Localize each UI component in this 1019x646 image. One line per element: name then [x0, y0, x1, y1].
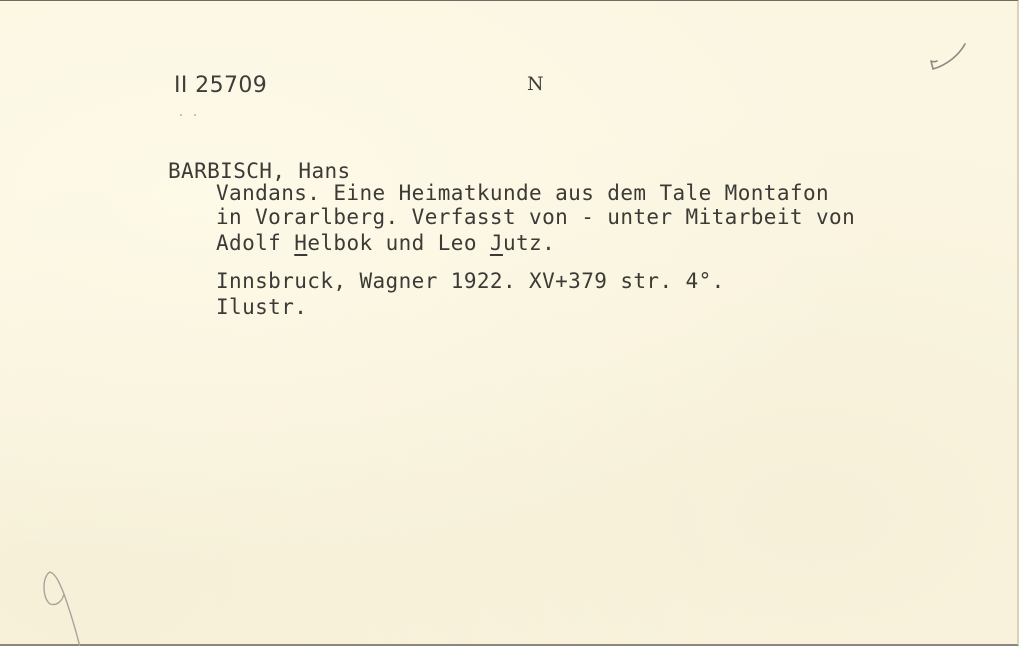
contributor-1-rest: elbok und Leo	[307, 231, 490, 255]
pencil-dots	[180, 114, 200, 117]
contributor-2-initial: J	[490, 231, 503, 255]
author-heading: BARBISCH, Hans	[168, 161, 351, 182]
call-number: II 25709	[174, 75, 267, 97]
contributors-line: Adolf Helbok und Leo Jutz.	[216, 233, 555, 254]
contributor-2-rest: utz.	[503, 231, 555, 255]
contributors-prefix: Adolf	[216, 231, 294, 255]
checkmark-icon	[925, 41, 970, 76]
collection-mark: N	[527, 75, 544, 94]
handwritten-nine-icon	[40, 566, 90, 646]
notes-line: Ilustr.	[216, 297, 307, 318]
contributor-1-initial: H	[294, 231, 307, 255]
title-line-2: in Vorarlberg. Verfasst von - unter Mita…	[216, 207, 855, 228]
imprint-line: Innsbruck, Wagner 1922. XV+379 str. 4°.	[216, 271, 725, 292]
catalog-card: II 25709 N BARBISCH, Hans Vandans. Eine …	[0, 0, 1019, 646]
title-line-1: Vandans. Eine Heimatkunde aus dem Tale M…	[216, 183, 829, 204]
